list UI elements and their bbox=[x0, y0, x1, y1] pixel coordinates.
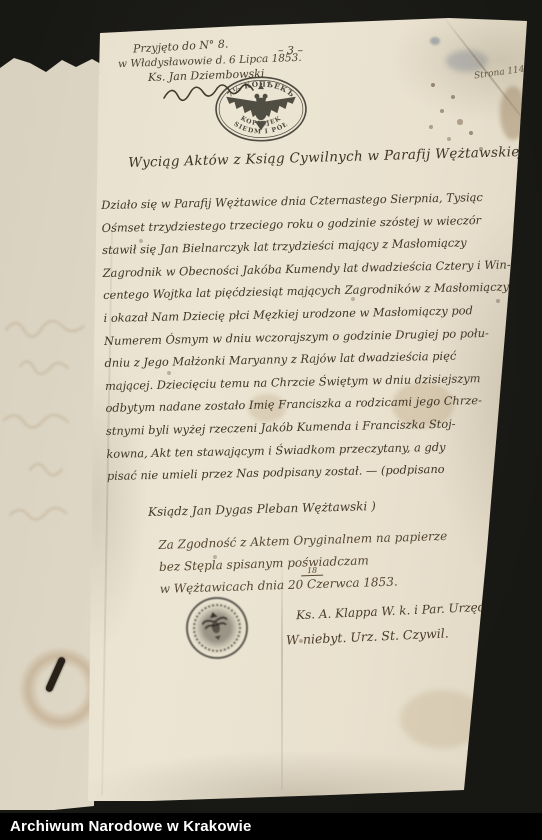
foxing-speckles bbox=[0, 0, 2, 2]
insertion-mark: 18 bbox=[301, 566, 324, 577]
low-blotch-stain bbox=[400, 690, 484, 748]
page-number-top-right: Strona 114 bbox=[474, 65, 526, 82]
clerk-signature-line1: Ks. A. Klappa W. k. i Par. Urzęd. bbox=[296, 600, 490, 622]
seal-eagle-icon bbox=[197, 607, 233, 646]
certification-block: Za Zgodność z Aktem Oryginalnem na papie… bbox=[158, 525, 449, 600]
clerk-signature-line2: W niebyt. Urz. St. Czywil. bbox=[286, 625, 449, 647]
parish-ink-seal bbox=[180, 591, 254, 665]
revenue-stamp: 7½ КОПѢЕКЪ KOPIEJEK SIEDM I PÓŁ bbox=[214, 75, 308, 143]
archive-scan-viewer: Fakt. 61 Przyjęto do N° 8. – 3 – w Włady… bbox=[0, 0, 542, 840]
ink-slash-mark bbox=[45, 656, 66, 693]
priest-signed-line: Ksiądz Jan Dygas Pleban Wężtawski ) bbox=[148, 499, 376, 519]
blue-smudge-stain bbox=[446, 50, 488, 72]
document-body: Działo się w Parafij Wężtawice dnia Czte… bbox=[101, 185, 519, 487]
received-note-line1: Przyjęto do N° 8. bbox=[133, 38, 229, 56]
scan-photo: Fakt. 61 Przyjęto do N° 8. – 3 – w Włady… bbox=[0, 0, 542, 813]
edge-blotch-stain bbox=[500, 86, 526, 140]
archive-watermark-bar: Archiwum Narodowe w Krakowie bbox=[0, 813, 542, 840]
blue-dot-stain bbox=[430, 37, 440, 45]
document-heading: Wyciąg Aktów z Ksiąg Cywilnych w Parafij… bbox=[128, 145, 498, 171]
archive-name-label: Archiwum Narodowe w Krakowie bbox=[0, 818, 251, 835]
